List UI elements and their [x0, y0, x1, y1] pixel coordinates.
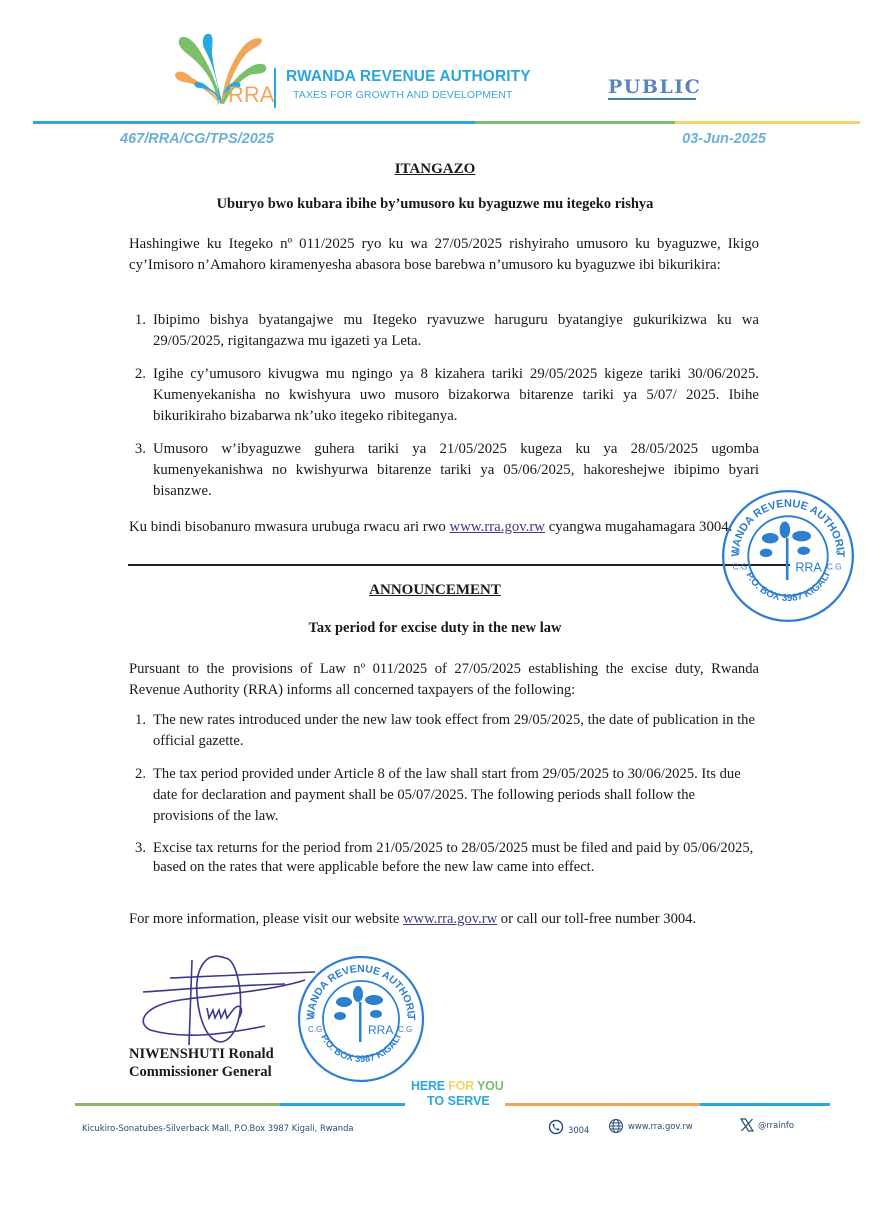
svg-text:*: *	[406, 1011, 412, 1023]
list-item: 1.The new rates introduced under the new…	[129, 710, 759, 752]
slogan-line1: HERE FOR YOU	[411, 1079, 504, 1093]
footer-address: Kicukiro-Sonatubes-Silverback Mall, P.O.…	[82, 1123, 354, 1133]
list-item: 2.The tax period provided under Article …	[129, 764, 759, 827]
section-divider	[128, 564, 790, 566]
kinyarwanda-title: ITANGAZO	[0, 161, 870, 178]
svg-text:C.G: C.G	[733, 562, 748, 572]
svg-text:C.G: C.G	[398, 1025, 412, 1034]
official-stamp-icon: RWANDA REVENUE AUTHORITY P.O. BOX 3987 K…	[720, 488, 856, 624]
footer-rule-green	[75, 1103, 280, 1106]
signer-title: Commissioner General	[129, 1064, 272, 1081]
signature-icon	[135, 950, 320, 1050]
globe-icon	[608, 1118, 624, 1134]
svg-text:RRA: RRA	[228, 82, 275, 107]
website-link[interactable]: www.rra.gov.rw	[450, 519, 545, 535]
english-closing: For more information, please visit our w…	[129, 909, 759, 930]
website-link[interactable]: www.rra.gov.rw	[403, 911, 497, 927]
phone-icon	[548, 1119, 564, 1135]
footer-website-link[interactable]: www.rra.gov.rw	[628, 1121, 693, 1131]
svg-text:RRA: RRA	[795, 561, 822, 575]
footer-phone: 3004	[548, 1118, 589, 1135]
header-rule-green	[475, 121, 675, 124]
footer-social: @rrainfo	[740, 1118, 794, 1132]
document-date: 03-Jun-2025	[682, 131, 766, 147]
english-intro: Pursuant to the provisions of Law nº 011…	[129, 659, 759, 701]
svg-text:RRA: RRA	[368, 1023, 393, 1037]
list-item: 3.Excise tax returns for the period from…	[129, 839, 759, 877]
svg-text:*: *	[735, 548, 741, 560]
signer-name: NIWENSHUTI Ronald	[129, 1046, 274, 1063]
slogan-line2: TO SERVE	[427, 1094, 490, 1108]
rra-logo-icon: RRA	[168, 26, 278, 110]
kinyarwanda-closing: Ku bindi bisobanuro mwasura urubuga rwac…	[129, 517, 759, 538]
svg-text:*: *	[835, 548, 841, 560]
list-item: 1.Ibipimo bishya byatangajwe mu Itegeko …	[129, 310, 759, 352]
list-item: 2.Igihe cy’umusoro kivugwa mu ngingo ya …	[129, 364, 759, 427]
footer-rule-blue	[280, 1103, 405, 1106]
list-item: 3.Umusoro w’ibyaguzwe guhera tariki ya 2…	[129, 439, 759, 502]
footer-rule-blue-right	[700, 1103, 830, 1106]
kinyarwanda-list: 1.Ibipimo bishya byatangajwe mu Itegeko …	[129, 310, 759, 514]
header-rule-blue	[33, 121, 475, 124]
svg-text:C.G: C.G	[308, 1025, 322, 1034]
logo-separator	[274, 68, 276, 108]
kinyarwanda-intro: Hashingiwe ku Itegeko nº 011/2025 ryo ku…	[129, 234, 759, 276]
svg-text:*: *	[310, 1011, 316, 1023]
kinyarwanda-subtitle: Uburyo bwo kubara ibihe by’umusoro ku by…	[0, 196, 870, 213]
reference-number: 467/RRA/CG/TPS/2025	[120, 131, 274, 147]
svg-text:C.G: C.G	[827, 562, 842, 572]
org-tagline: TAXES FOR GROWTH AND DEVELOPMENT	[293, 89, 512, 101]
footer-website: www.rra.gov.rw	[608, 1118, 693, 1134]
footer-rule-orange	[505, 1103, 700, 1106]
classification-stamp: PUBLIC	[608, 76, 696, 100]
english-list: 1.The new rates introduced under the new…	[129, 710, 759, 889]
official-stamp-icon: RWANDA REVENUE AUTHORITY P.O. BOX 3987 K…	[296, 954, 426, 1084]
header-rule-yellow	[675, 121, 860, 124]
x-icon	[740, 1118, 754, 1132]
org-name: RWANDA REVENUE AUTHORITY	[286, 68, 531, 86]
